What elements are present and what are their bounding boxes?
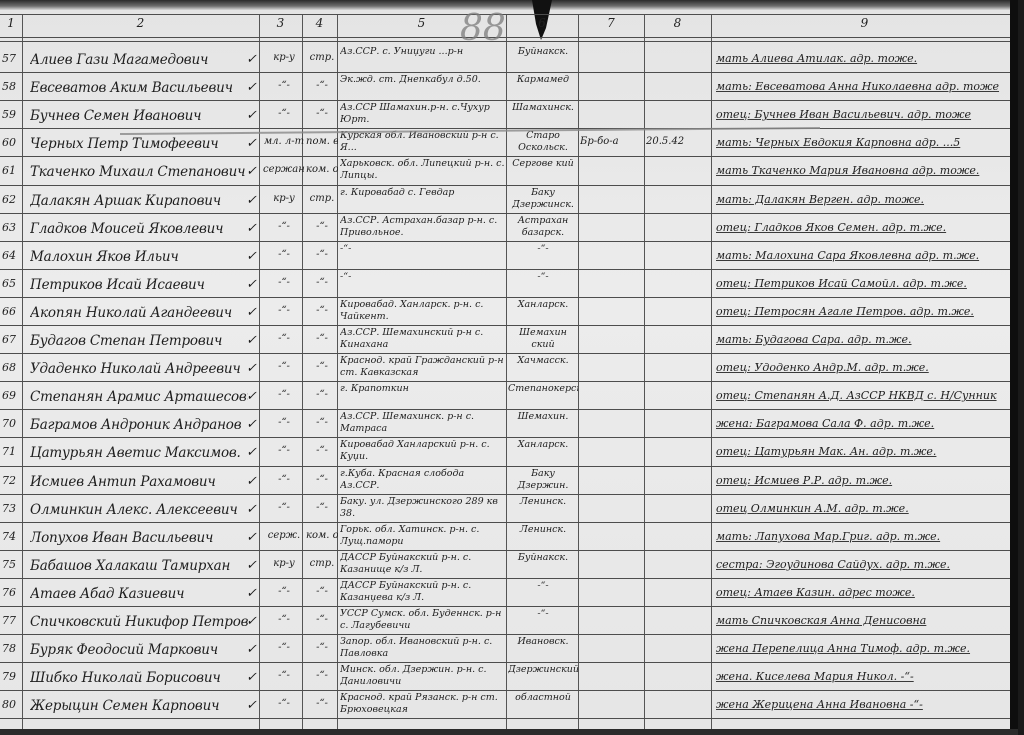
soldier-name: Лопухов Иван Васильевич: [30, 530, 248, 546]
soldier-name: Черных Петр Тимофеевич: [30, 136, 248, 152]
position: -“-: [306, 389, 338, 400]
row-number: 72: [2, 474, 22, 487]
position: -“-: [306, 670, 338, 681]
relatives: мать Спичковская Анна Денисовна: [716, 614, 1016, 627]
check-mark: ✓: [246, 670, 260, 685]
position: -“-: [306, 249, 338, 260]
birthplace: г.Куба. Красная слобода Аз.ССР.: [340, 468, 506, 492]
position: -“-: [306, 108, 338, 119]
draft-district: Буйнакск.: [508, 46, 578, 58]
table-row: 74Лопухов Иван Васильевич✓серж.ком. отд.…: [0, 522, 1018, 550]
table-row: 69Степанян Арамис Арташесович✓-“--“-г. К…: [0, 381, 1018, 409]
rank: -“-: [263, 333, 305, 344]
position: -“-: [306, 642, 338, 653]
scan-top-edge: [0, 0, 1018, 10]
check-mark: ✓: [246, 108, 260, 123]
rank: кр-у: [263, 193, 305, 204]
scan-right-edge: [1010, 0, 1018, 735]
relatives-text: жена. Киселева Мария Никол. -“-: [716, 670, 914, 683]
draft-district: Баку Дзержин.: [508, 468, 578, 492]
relatives: отец: Гладков Яков Семен. адр. т.же.: [716, 221, 1016, 234]
row-number: 74: [2, 530, 22, 543]
check-mark: ✓: [246, 333, 260, 348]
table-row: 80Жерыцин Семен Карпович✓-“--“-Краснод. …: [0, 690, 1018, 718]
draft-district: Баку Дзержинск.: [508, 187, 578, 211]
table-row: 71Цатурьян Аветис Максимов.✓-“--“-Кирова…: [0, 437, 1018, 465]
relatives-text: мать: Далакян Верген. адр. тоже.: [716, 193, 924, 206]
relatives: отец: Бучнев Иван Васильевич. адр. тоже: [716, 108, 1016, 121]
column-header-4: 4: [302, 16, 337, 34]
soldier-name: Ткаченко Михаил Степанович: [30, 164, 248, 180]
relatives-text: мать Алиева Атилак. адр. тоже.: [716, 52, 917, 65]
soldier-name: Буряк Феодосий Маркович: [30, 642, 248, 658]
row-number: 76: [2, 586, 22, 599]
check-mark: ✓: [246, 164, 260, 179]
soldier-name: Далакян Аршак Кирапович: [30, 193, 248, 209]
row-number: 64: [2, 249, 22, 262]
row-number: 69: [2, 389, 22, 402]
soldier-name: Исмиев Антип Рахамович: [30, 474, 248, 490]
row-number: 63: [2, 221, 22, 234]
column-header-1: 1: [0, 16, 22, 34]
rank: -“-: [263, 698, 305, 709]
rank: -“-: [263, 277, 305, 288]
soldier-name: Олминкин Алекс. Алексеевич: [30, 502, 248, 518]
row-number: 70: [2, 417, 22, 430]
relatives: отец: Удоденко Андр.М. адр. т.же.: [716, 361, 1016, 374]
check-mark: ✓: [246, 305, 260, 320]
rank: -“-: [263, 586, 305, 597]
row-number: 66: [2, 305, 22, 318]
soldier-name: Цатурьян Аветис Максимов.: [30, 445, 248, 461]
draft-district: Астрахан базарск.: [508, 215, 578, 239]
table-row: 67Будагов Степан Петрович✓-“--“-Аз.ССР. …: [0, 325, 1018, 353]
rank: мл. л-т: [263, 136, 305, 147]
rank: -“-: [263, 502, 305, 513]
soldier-name: Бабашов Халакаш Тамирхан: [30, 558, 248, 574]
relatives: мать: Будагова Сара. адр. т.же.: [716, 333, 1016, 346]
relatives-text: отец: Исмиев Р.Р. адр. т.же.: [716, 474, 892, 487]
table-row: 66Акопян Николай Агандеевич✓-“--“-Кирова…: [0, 297, 1018, 325]
soldier-name: Малохин Яков Ильич: [30, 249, 248, 265]
soldier-name: Атаев Абад Казиевич: [30, 586, 248, 602]
column-header-8: 8: [644, 16, 711, 34]
check-mark: ✓: [246, 417, 260, 432]
check-mark: ✓: [246, 642, 260, 657]
check-mark: ✓: [246, 558, 260, 573]
position: -“-: [306, 698, 338, 709]
relatives: жена Перепелица Анна Тимоф. адр. т.же.: [716, 642, 1016, 655]
position: стр.: [306, 52, 338, 63]
rank: -“-: [263, 445, 305, 456]
table-row: 76Атаев Абад Казиевич✓-“--“-ДАССР Буйнак…: [0, 578, 1018, 606]
row-number: 57: [2, 52, 22, 65]
row-number: 62: [2, 193, 22, 206]
relatives: жена. Киселева Мария Никол. -“-: [716, 670, 1016, 683]
table-row: 79Шибко Николай Борисович✓-“--“-Минск. о…: [0, 662, 1018, 690]
row-number: 61: [2, 164, 22, 177]
soldier-name: Гладков Моисей Яковлевич: [30, 221, 248, 237]
row-rule: [0, 718, 1018, 719]
position: -“-: [306, 305, 338, 316]
relatives: отец Олминкин А.М. адр. т.же.: [716, 502, 1016, 515]
table-row: 59Бучнев Семен Иванович✓-“--“-Аз.ССР Шам…: [0, 100, 1018, 128]
table-row: 65Петриков Исай Исаевич✓-“--“--“--“-отец…: [0, 269, 1018, 297]
soldier-name: Акопян Николай Агандеевич: [30, 305, 248, 321]
header-rule: [0, 14, 1018, 15]
position: -“-: [306, 417, 338, 428]
position: стр.: [306, 193, 338, 204]
table-row: 73Олминкин Алекс. Алексеевич✓-“--“-Баку.…: [0, 494, 1018, 522]
draft-district: Шамахинск.: [508, 102, 578, 114]
draft-district: -“-: [508, 608, 578, 620]
position: -“-: [306, 361, 338, 372]
check-mark: ✓: [246, 530, 260, 545]
column-7-value: Бр-бо-а: [580, 136, 642, 147]
birthplace: УССР Сумск. обл. Буденнск. р-н с. Лагубе…: [340, 608, 506, 632]
row-number: 78: [2, 642, 22, 655]
birthplace: Запор. обл. Ивановский р-н. с. Павловка: [340, 636, 506, 660]
row-number: 60: [2, 136, 22, 149]
relatives-text: отец: Цатурьян Мак. Ан. адр. т.же.: [716, 445, 936, 458]
birthplace: Аз.ССР Шамахин.р-н. с.Чухур Юрт.: [340, 102, 506, 126]
draft-district: Ленинск.: [508, 496, 578, 508]
relatives: мать Алиева Атилак. адр. тоже.: [716, 52, 1016, 65]
soldier-name: Алиев Гази Магамедович: [30, 52, 248, 68]
check-mark: ✓: [246, 80, 260, 95]
relatives-text: сестра: Эгоудинова Сайдух. адр. т.же.: [716, 558, 950, 571]
draft-district: Ханларск.: [508, 439, 578, 451]
relatives: мать: Лапухова Мар.Григ. адр. т.же.: [716, 530, 1016, 543]
relatives: жена Жерицена Анна Ивановна -“-: [716, 698, 1016, 711]
relatives-text: отец: Удоденко Андр.М. адр. т.же.: [716, 361, 929, 374]
table-row: 77Спичковский Никифор Петрович✓-“--“-УСС…: [0, 606, 1018, 634]
soldier-name: Шибко Николай Борисович: [30, 670, 248, 686]
draft-district: Сергове кий: [508, 158, 578, 170]
draft-district: -“-: [508, 271, 578, 283]
birthplace: Краснод. край Гражданский р-н ст. Кавказ…: [340, 355, 506, 379]
relatives: отец: Петросян Агале Петров. адр. т.же.: [716, 305, 1016, 318]
relatives-text: отец Олминкин А.М. адр. т.же.: [716, 502, 909, 515]
birthplace: Минск. обл. Дзержин. р-н. с. Даниловичи: [340, 664, 506, 688]
rank: -“-: [263, 642, 305, 653]
birthplace: Аз.ССР. с. Униџуги ...р-н: [340, 46, 506, 58]
draft-district: Хачмасск.: [508, 355, 578, 367]
birthplace: -“-: [340, 243, 506, 255]
relatives-text: мать: Малохина Сара Яковлевна адр. т.же.: [716, 249, 979, 262]
scan-bottom-edge: [0, 729, 1018, 735]
position: -“-: [306, 277, 338, 288]
table-row: 75Бабашов Халакаш Тамирхан✓кр-устр.ДАССР…: [0, 550, 1018, 578]
soldier-name: Петриков Исай Исаевич: [30, 277, 248, 293]
soldier-name: Евсеватов Аким Васильевич: [30, 80, 248, 96]
rank: кр-у: [263, 52, 305, 63]
check-mark: ✓: [246, 193, 260, 208]
relatives-text: мать Ткаченко Мария Ивановна адр. тоже.: [716, 164, 979, 177]
relatives: мать Ткаченко Мария Ивановна адр. тоже.: [716, 164, 1016, 177]
table-row: 70Баграмов Андроник Андранов✓-“--“-Аз.СС…: [0, 409, 1018, 437]
check-mark: ✓: [246, 221, 260, 236]
relatives: отец: Петриков Исай Самойл. адр. т.же.: [716, 277, 1016, 290]
relatives-text: отец: Бучнев Иван Васильевич. адр. тоже: [716, 108, 971, 121]
row-number: 77: [2, 614, 22, 627]
rank: -“-: [263, 417, 305, 428]
rank: -“-: [263, 361, 305, 372]
rank: кр-у: [263, 558, 305, 569]
birthplace: Курская обл. Ивановский р-н с. Я...: [340, 130, 506, 154]
relatives-text: отец: Степанян А.Д. АзССР НКВД с. Н/Сунн…: [716, 389, 997, 402]
soldier-name: Будагов Степан Петрович: [30, 333, 248, 349]
draft-district: Ханларск.: [508, 299, 578, 311]
check-mark: ✓: [246, 502, 260, 517]
birthplace: ДАССР Буйнакский р-н. с. Казанище к/з Л.: [340, 552, 506, 576]
relatives-text: мать: Лапухова Мар.Григ. адр. т.же.: [716, 530, 940, 543]
position: -“-: [306, 474, 338, 485]
relatives: мать: Евсеватова Анна Николаевна адр. то…: [716, 80, 1016, 93]
rank: сержант: [263, 164, 305, 175]
position: -“-: [306, 221, 338, 232]
relatives: мать: Черных Евдокия Карповна адр. ...5: [716, 136, 1016, 149]
table-row: 62Далакян Аршак Кирапович✓кр-устр.г. Кир…: [0, 185, 1018, 213]
birthplace: Аз.ССР. Шемахинский р-н с. Кинахана: [340, 327, 506, 351]
relatives: отец: Цатурьян Мак. Ан. адр. т.же.: [716, 445, 1016, 458]
position: ком. отд.: [306, 530, 338, 541]
document-page: 1 2 3 4 5 6 7 8 9 88 57Алиев Гази Магаме…: [0, 0, 1018, 735]
table-row: 68Удаденко Николай Андреевич✓-“--“-Красн…: [0, 353, 1018, 381]
birthplace: Аз.ССР. Астрахан.базар р-н. с. Привольно…: [340, 215, 506, 239]
column-8-value: 20.5.42: [646, 136, 708, 147]
birthplace: -“-: [340, 271, 506, 283]
row-number: 80: [2, 698, 22, 711]
draft-district: Буйнакск.: [508, 552, 578, 564]
relatives-text: мать Спичковская Анна Денисовна: [716, 614, 926, 627]
draft-district: Дзержинский: [508, 664, 578, 676]
position: -“-: [306, 80, 338, 91]
header-rule: [0, 37, 1018, 38]
rank: -“-: [263, 80, 305, 91]
column-header-3: 3: [259, 16, 302, 34]
row-number: 73: [2, 502, 22, 515]
relatives-text: жена Жерицена Анна Ивановна -“-: [716, 698, 923, 711]
row-number: 75: [2, 558, 22, 571]
draft-district: Шемахин ский: [508, 327, 578, 351]
rank: -“-: [263, 249, 305, 260]
table-row: 58Евсеватов Аким Васильевич✓-“--“-Эк.жд.…: [0, 72, 1018, 100]
row-number: 58: [2, 80, 22, 93]
position: -“-: [306, 333, 338, 344]
relatives-text: отец: Гладков Яков Семен. адр. т.же.: [716, 221, 946, 234]
row-number: 71: [2, 445, 22, 458]
table-row: 61Ткаченко Михаил Степанович✓сержантком.…: [0, 156, 1018, 184]
relatives-text: жена Перепелица Анна Тимоф. адр. т.же.: [716, 642, 970, 655]
check-mark: ✓: [246, 361, 260, 376]
soldier-name: Удаденко Николай Андреевич: [30, 361, 248, 377]
column-header-7: 7: [578, 16, 644, 34]
relatives: сестра: Эгоудинова Сайдух. адр. т.же.: [716, 558, 1016, 571]
rank: -“-: [263, 305, 305, 316]
position: -“-: [306, 502, 338, 513]
birthplace: Горьк. обл. Хатинск. р-н. с. Лущ.памори: [340, 524, 506, 548]
row-number: 65: [2, 277, 22, 290]
check-mark: ✓: [246, 614, 260, 629]
check-mark: ✓: [246, 389, 260, 404]
position: -“-: [306, 445, 338, 456]
check-mark: ✓: [246, 698, 260, 713]
position: ком. отд.: [306, 164, 338, 175]
row-number: 67: [2, 333, 22, 346]
column-header-9: 9: [711, 16, 1018, 34]
draft-district: -“-: [508, 243, 578, 255]
table-row: 57Алиев Гази Магамедович✓кр-устр.Аз.ССР.…: [0, 44, 1018, 72]
rank: -“-: [263, 108, 305, 119]
table-row: 64Малохин Яков Ильич✓-“--“--“--“-мать: М…: [0, 241, 1018, 269]
relatives-text: мать: Евсеватова Анна Николаевна адр. то…: [716, 80, 999, 93]
table-row: 78Буряк Феодосий Маркович✓-“--“-Запор. о…: [0, 634, 1018, 662]
relatives: жена: Баграмова Сала Ф. адр. т.же.: [716, 417, 1016, 430]
draft-district: Ленинск.: [508, 524, 578, 536]
check-mark: ✓: [246, 445, 260, 460]
position: -“-: [306, 586, 338, 597]
rank: -“-: [263, 389, 305, 400]
row-number: 79: [2, 670, 22, 683]
check-mark: ✓: [246, 136, 260, 151]
relatives-text: отец: Петриков Исай Самойл. адр. т.же.: [716, 277, 967, 290]
position: стр.: [306, 558, 338, 569]
birthplace: Кировабад Ханларский р-н. с. Куџи.: [340, 439, 506, 463]
relatives-text: отец: Петросян Агале Петров. адр. т.же.: [716, 305, 974, 318]
relatives-text: жена: Баграмова Сала Ф. адр. т.же.: [716, 417, 934, 430]
birthplace: г. Кировабад с. Гевдар: [340, 187, 506, 199]
birthplace: Аз.ССР. Шемахинск. р-н с. Матраса: [340, 411, 506, 435]
relatives-text: мать: Черных Евдокия Карповна адр. ...5: [716, 136, 960, 149]
soldier-name: Бучнев Семен Иванович: [30, 108, 248, 124]
check-mark: ✓: [246, 474, 260, 489]
check-mark: ✓: [246, 52, 260, 67]
position: -“-: [306, 614, 338, 625]
soldier-name: Жерыцин Семен Карпович: [30, 698, 248, 714]
rank: -“-: [263, 221, 305, 232]
relatives-text: отец: Атаев Казин. адрес тоже.: [716, 586, 915, 599]
column-header-2: 2: [22, 16, 259, 34]
relatives: отец: Степанян А.Д. АзССР НКВД с. Н/Сунн…: [716, 389, 1016, 402]
draft-district: Кармамед: [508, 74, 578, 86]
birthplace: Краснод. край Рязанск. р-н ст. Брюховецк…: [340, 692, 506, 716]
table-row: 63Гладков Моисей Яковлевич✓-“--“-Аз.ССР.…: [0, 213, 1018, 241]
rank: -“-: [263, 614, 305, 625]
draft-district: Шемахин.: [508, 411, 578, 423]
soldier-name: Степанян Арамис Арташесович: [30, 389, 248, 405]
column-header-6: 6: [506, 16, 578, 34]
check-mark: ✓: [246, 277, 260, 292]
draft-district: Старо Оскольск.: [508, 130, 578, 154]
draft-district: Степанокерский: [508, 383, 578, 395]
relatives-text: мать: Будагова Сара. адр. т.же.: [716, 333, 912, 346]
birthplace: Эк.жд. ст. Днепкабул д.50.: [340, 74, 506, 86]
row-number: 68: [2, 361, 22, 374]
birthplace: Кировабад. Ханларск. р-н. с. Чайкент.: [340, 299, 506, 323]
rank: -“-: [263, 474, 305, 485]
rank: -“-: [263, 670, 305, 681]
relatives: мать: Малохина Сара Яковлевна адр. т.же.: [716, 249, 1016, 262]
check-mark: ✓: [246, 586, 260, 601]
row-number: 59: [2, 108, 22, 121]
check-mark: ✓: [246, 249, 260, 264]
relatives: мать: Далакян Верген. адр. тоже.: [716, 193, 1016, 206]
rank: серж.: [263, 530, 305, 541]
archive-stamp: 88: [460, 8, 506, 49]
soldier-name: Баграмов Андроник Андранов: [30, 417, 248, 433]
relatives: отец: Атаев Казин. адрес тоже.: [716, 586, 1016, 599]
draft-district: Ивановск.: [508, 636, 578, 648]
position: пом. взв.: [306, 136, 338, 147]
relatives: отец: Исмиев Р.Р. адр. т.же.: [716, 474, 1016, 487]
soldier-name: Спичковский Никифор Петрович: [30, 614, 248, 630]
birthplace: г. Крапоткин: [340, 383, 506, 395]
birthplace: Баку. ул. Дзержинского 289 кв 38.: [340, 496, 506, 520]
draft-district: -“-: [508, 580, 578, 592]
draft-district: областной: [508, 692, 578, 704]
birthplace: Харьковск. обл. Липецкий р-н. с. Липцы.: [340, 158, 506, 182]
table-row: 72Исмиев Антип Рахамович✓-“--“-г.Куба. К…: [0, 466, 1018, 494]
birthplace: ДАССР Буйнакский р-н. с. Казанџева к/з Л…: [340, 580, 506, 604]
